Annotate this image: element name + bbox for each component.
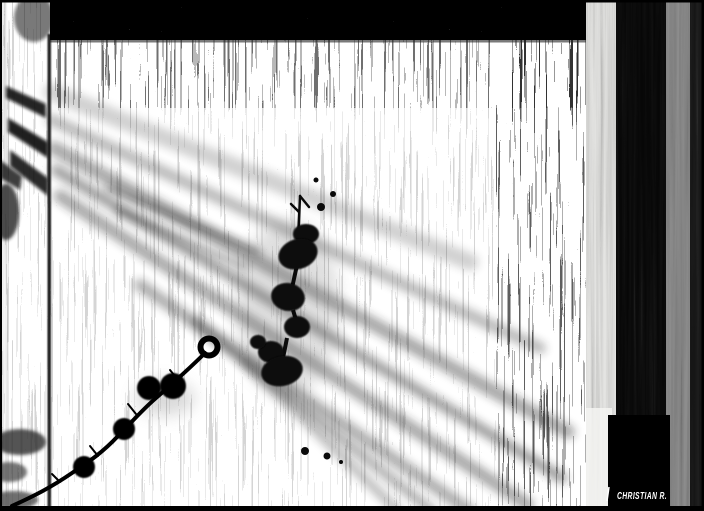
branch-speck [301, 447, 309, 455]
cluster-seed-blob [250, 335, 266, 349]
border-left [0, 0, 2, 511]
cluster-speck [317, 203, 325, 211]
branch-speck [339, 460, 343, 464]
cluster-seed-blob [284, 316, 310, 338]
branch-bud [160, 373, 186, 399]
photo-frame: CHRISTIAN R. [0, 0, 704, 511]
branch-bud [137, 376, 161, 400]
branch-bud [113, 418, 135, 440]
cluster-speck [314, 178, 319, 183]
signature: CHRISTIAN R. [607, 415, 670, 511]
border-top [0, 0, 704, 3]
signature-text: CHRISTIAN R. [617, 491, 667, 502]
stile-divider-line [48, 34, 52, 511]
photo: CHRISTIAN R. [0, 0, 704, 511]
border-bottom [0, 506, 704, 511]
cluster-speck [330, 191, 336, 197]
branch-speck [324, 453, 331, 460]
branch-bud [73, 456, 95, 478]
